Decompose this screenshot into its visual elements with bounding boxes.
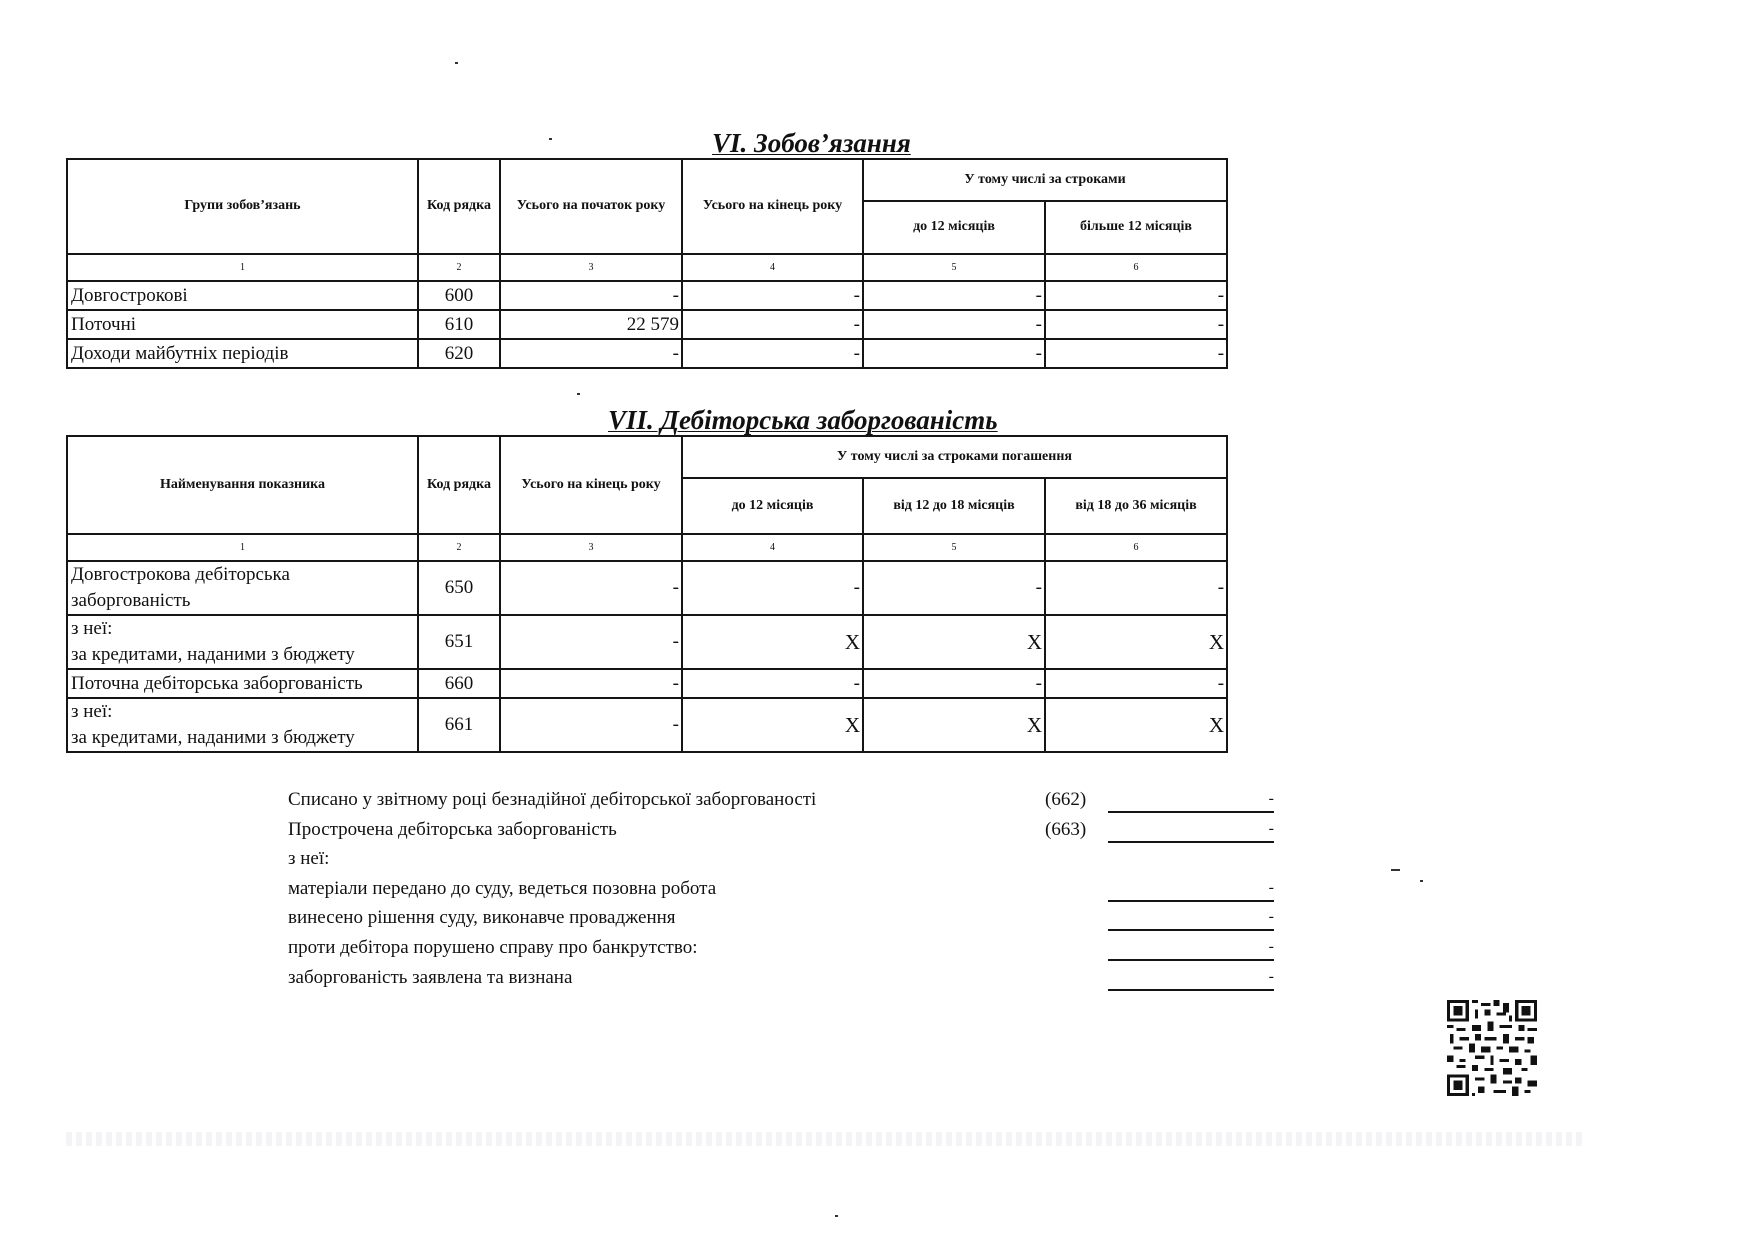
cell-up-to-12: X bbox=[682, 615, 863, 669]
footer-print-strip bbox=[66, 1132, 1586, 1146]
table-row: Поточна дебіторська заборгованість 660 -… bbox=[67, 669, 1227, 698]
table-row: Доходи майбутніх періодів 620 - - - - bbox=[67, 339, 1227, 368]
cell-over-12: - bbox=[1045, 281, 1227, 310]
scan-speck bbox=[455, 62, 458, 64]
header-over-12: більше 12 місяців bbox=[1045, 201, 1227, 254]
row-name: Довгострокові bbox=[67, 281, 418, 310]
cell-end-total: - bbox=[682, 339, 863, 368]
cell-18-to-36: - bbox=[1045, 669, 1227, 698]
row-name-line1: з неї: bbox=[71, 616, 413, 642]
supplementary-label: матеріали передано до суду, ведеться поз… bbox=[288, 876, 716, 902]
cell-over-12: - bbox=[1045, 310, 1227, 339]
table-row: Довгострокова дебіторськазаборгованість … bbox=[67, 561, 1227, 615]
supplementary-value: - bbox=[1108, 876, 1274, 902]
row-name: Поточна дебіторська заборгованість bbox=[67, 669, 418, 698]
supplementary-row-662: Списано у звітному році безнадійної дебі… bbox=[288, 787, 1278, 817]
column-number: 1 bbox=[67, 534, 418, 561]
row-name: з неї:за кредитами, наданими з бюджету bbox=[67, 698, 418, 752]
table-row: Довгострокові 600 - - - - bbox=[67, 281, 1227, 310]
row-code: 600 bbox=[418, 281, 500, 310]
header-indicator: Найменування показника bbox=[67, 436, 418, 534]
header-end-total: Усього на кінець року bbox=[500, 436, 682, 534]
supplementary-row-subheading: з неї: bbox=[288, 846, 1278, 876]
supplementary-value: - bbox=[1108, 935, 1274, 961]
row-code: 660 bbox=[418, 669, 500, 698]
row-code: 610 bbox=[418, 310, 500, 339]
row-name: Поточні bbox=[67, 310, 418, 339]
cell-18-to-36: X bbox=[1045, 615, 1227, 669]
row-name: Доходи майбутніх періодів bbox=[67, 339, 418, 368]
cell-up-to-12: - bbox=[682, 669, 863, 698]
row-name-line2: заборгованість bbox=[71, 588, 413, 614]
header-by-terms: У тому числі за строками погашення bbox=[682, 436, 1227, 478]
cell-up-to-12: - bbox=[682, 561, 863, 615]
cell-end-total: - bbox=[500, 698, 682, 752]
row-code: 650 bbox=[418, 561, 500, 615]
table-row: з неї:за кредитами, наданими з бюджету 6… bbox=[67, 698, 1227, 752]
section-vii-title: VII. Дебіторська заборгованість bbox=[608, 407, 998, 434]
supplementary-list: Списано у звітному році безнадійної дебі… bbox=[288, 787, 1278, 994]
column-number: 4 bbox=[682, 254, 863, 281]
supplementary-value: - bbox=[1108, 817, 1274, 843]
header-start-total: Усього на початок року bbox=[500, 159, 682, 254]
supplementary-label: з неї: bbox=[288, 846, 329, 872]
liabilities-table: Групи зобов’язань Код рядка Усього на по… bbox=[66, 158, 1228, 369]
supplementary-row-bankruptcy: проти дебітора порушено справу про банкр… bbox=[288, 935, 1278, 965]
cell-end-total: - bbox=[682, 281, 863, 310]
header-end-total: Усього на кінець року bbox=[682, 159, 863, 254]
table-row: з неї:за кредитами, наданими з бюджету 6… bbox=[67, 615, 1227, 669]
supplementary-label: Списано у звітному році безнадійної дебі… bbox=[288, 787, 816, 813]
cell-end-total: - bbox=[500, 615, 682, 669]
row-name-line2: за кредитами, наданими з бюджету bbox=[71, 642, 413, 668]
cell-start-total: - bbox=[500, 339, 682, 368]
cell-12-to-18: - bbox=[863, 561, 1045, 615]
header-group: Групи зобов’язань bbox=[67, 159, 418, 254]
supplementary-row-court-decision: винесено рішення суду, виконавче провадж… bbox=[288, 905, 1278, 935]
column-number: 6 bbox=[1045, 254, 1227, 281]
column-number: 5 bbox=[863, 254, 1045, 281]
column-number: 2 bbox=[418, 534, 500, 561]
section-vi-title: VI. Зобов’язання bbox=[712, 130, 911, 157]
cell-up-to-12: - bbox=[863, 281, 1045, 310]
column-number: 3 bbox=[500, 254, 682, 281]
cell-end-total: - bbox=[500, 669, 682, 698]
cell-12-to-18: X bbox=[863, 615, 1045, 669]
supplementary-value: - bbox=[1108, 905, 1274, 931]
cell-over-12: - bbox=[1045, 339, 1227, 368]
row-name-line1: з неї: bbox=[71, 699, 413, 725]
header-code: Код рядка bbox=[418, 436, 500, 534]
supplementary-label: проти дебітора порушено справу про банкр… bbox=[288, 935, 697, 961]
supplementary-code: (663) bbox=[1045, 817, 1086, 843]
cell-12-to-18: - bbox=[863, 669, 1045, 698]
cell-18-to-36: X bbox=[1045, 698, 1227, 752]
cell-12-to-18: X bbox=[863, 698, 1045, 752]
row-name-line2: за кредитами, наданими з бюджету bbox=[71, 725, 413, 751]
column-number: 1 bbox=[67, 254, 418, 281]
supplementary-row-663: Прострочена дебіторська заборгованість (… bbox=[288, 817, 1278, 847]
column-numbers-row: 1 2 3 4 5 6 bbox=[67, 254, 1227, 281]
column-numbers-row: 1 2 3 4 5 6 bbox=[67, 534, 1227, 561]
scan-speck bbox=[1391, 869, 1400, 871]
column-number: 5 bbox=[863, 534, 1045, 561]
header-up-to-12: до 12 місяців bbox=[682, 478, 863, 534]
column-number: 6 bbox=[1045, 534, 1227, 561]
cell-18-to-36: - bbox=[1045, 561, 1227, 615]
header-up-to-12: до 12 місяців bbox=[863, 201, 1045, 254]
header-18-to-36: від 18 до 36 місяців bbox=[1045, 478, 1227, 534]
column-number: 2 bbox=[418, 254, 500, 281]
row-code: 620 bbox=[418, 339, 500, 368]
cell-start-total: - bbox=[500, 281, 682, 310]
cell-up-to-12: - bbox=[863, 339, 1045, 368]
cell-start-total: 22 579 bbox=[500, 310, 682, 339]
supplementary-value: - bbox=[1108, 965, 1274, 991]
table-row: Поточні 610 22 579 - - - bbox=[67, 310, 1227, 339]
row-code: 661 bbox=[418, 698, 500, 752]
supplementary-row-claimed: заборгованість заявлена та визнана - bbox=[288, 965, 1278, 995]
receivables-table: Найменування показника Код рядка Усього … bbox=[66, 435, 1228, 753]
scan-speck bbox=[577, 393, 580, 395]
supplementary-value: - bbox=[1108, 787, 1274, 813]
header-code: Код рядка bbox=[418, 159, 500, 254]
column-number: 4 bbox=[682, 534, 863, 561]
cell-end-total: - bbox=[500, 561, 682, 615]
row-name: Довгострокова дебіторськазаборгованість bbox=[67, 561, 418, 615]
scan-speck bbox=[549, 138, 552, 140]
row-code: 651 bbox=[418, 615, 500, 669]
row-name-line1: Довгострокова дебіторська bbox=[71, 562, 413, 588]
supplementary-row-court-materials: матеріали передано до суду, ведеться поз… bbox=[288, 876, 1278, 906]
qr-code-icon bbox=[1447, 1000, 1537, 1096]
supplementary-label: заборгованість заявлена та визнана bbox=[288, 965, 572, 991]
header-by-terms: У тому числі за строками bbox=[863, 159, 1227, 201]
scan-speck bbox=[835, 1215, 838, 1217]
cell-end-total: - bbox=[682, 310, 863, 339]
scan-speck bbox=[1420, 880, 1423, 882]
cell-up-to-12: - bbox=[863, 310, 1045, 339]
header-12-to-18: від 12 до 18 місяців bbox=[863, 478, 1045, 534]
supplementary-label: винесено рішення суду, виконавче провадж… bbox=[288, 905, 676, 931]
cell-up-to-12: X bbox=[682, 698, 863, 752]
supplementary-label: Прострочена дебіторська заборгованість bbox=[288, 817, 617, 843]
column-number: 3 bbox=[500, 534, 682, 561]
row-name: з неї:за кредитами, наданими з бюджету bbox=[67, 615, 418, 669]
supplementary-code: (662) bbox=[1045, 787, 1086, 813]
